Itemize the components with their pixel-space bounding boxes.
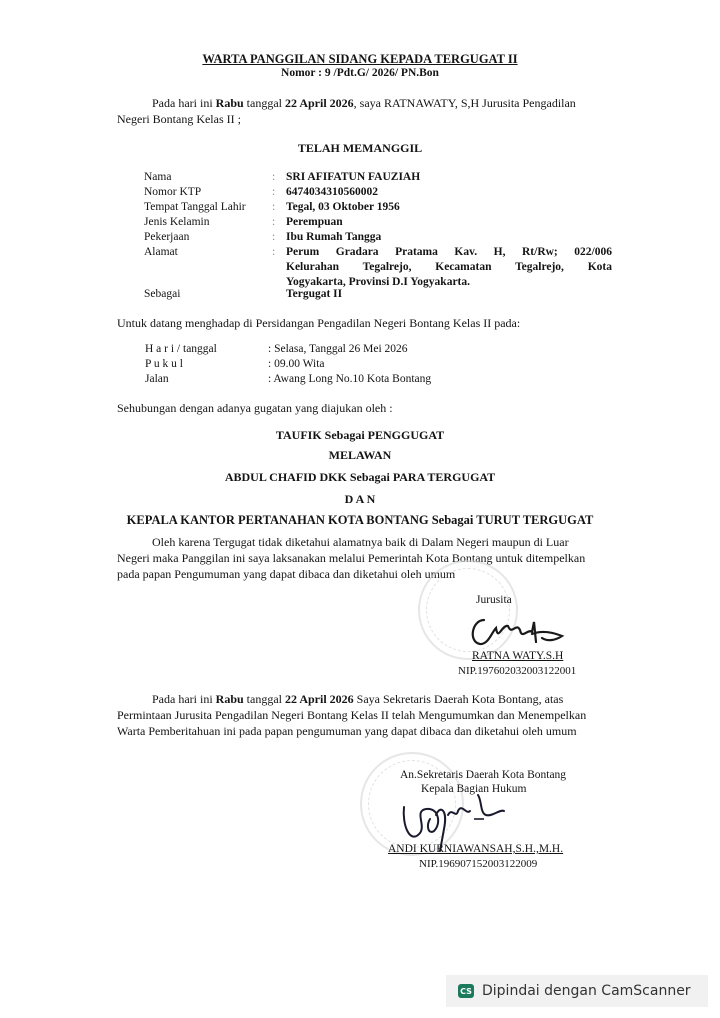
secretary-line-1: Pada hari ini Rabu tanggal 22 April 2026… (152, 691, 563, 707)
summon-heading: TELAH MEMANGGIL (0, 141, 720, 156)
scanned-document: WARTA PANGGILAN SIDANG KEPADA TERGUGAT I… (0, 0, 720, 1018)
secretary-nip: NIP.196907152003122009 (419, 856, 537, 872)
secretary-name: ANDI KURNIAWANSAH,S.H.,M.H. (388, 841, 563, 857)
bailiff-signature (462, 612, 572, 652)
plaintiff-line: TAUFIK Sebagai PENGGUGAT (0, 428, 720, 443)
defendants-line: ABDUL CHAFID DKK Sebagai PARA TERGUGAT (0, 470, 720, 485)
intro-line-2: Negeri Bontang Kelas II ; (117, 111, 241, 127)
reason-line-2: Negeri maka Panggilan ini saya laksanaka… (117, 550, 585, 566)
document-title: WARTA PANGGILAN SIDANG KEPADA TERGUGAT I… (0, 52, 720, 67)
lawsuit-intro: Sehubungan dengan adanya gugatan yang di… (117, 400, 393, 416)
bailiff-role: Jurusita (476, 592, 512, 608)
intro-line-1: Pada hari ini Rabu tanggal 22 April 2026… (152, 95, 576, 111)
appear-text: Untuk datang menghadap di Persidangan Pe… (117, 315, 520, 331)
co-defendant-line: KEPALA KANTOR PERTANAHAN KOTA BONTANG Se… (0, 513, 720, 528)
bailiff-nip: NIP.197602032003122001 (458, 663, 576, 679)
and-line: D A N (0, 492, 720, 507)
bailiff-name: RATNA WATY.S.H (472, 648, 563, 664)
camscanner-logo-icon: CS (458, 984, 474, 998)
document-number: Nomor : 9 /Pdt.G/ 2026/ PN.Bon (0, 67, 720, 79)
camscanner-watermark: CS Dipindai dengan CamScanner (446, 975, 708, 1007)
reason-line-1: Oleh karena Tergugat tidak diketahui ala… (152, 534, 569, 550)
versus-line: MELAWAN (0, 448, 720, 463)
camscanner-label: Dipindai dengan CamScanner (482, 983, 691, 999)
secretary-line-2: Permintaan Jurusita Pengadilan Negeri Bo… (117, 707, 586, 723)
reason-line-3: pada papan Pengumuman yang dapat dibaca … (117, 566, 455, 582)
secretary-line-3: Warta Pemberitahuan ini pada papan pengu… (117, 723, 577, 739)
